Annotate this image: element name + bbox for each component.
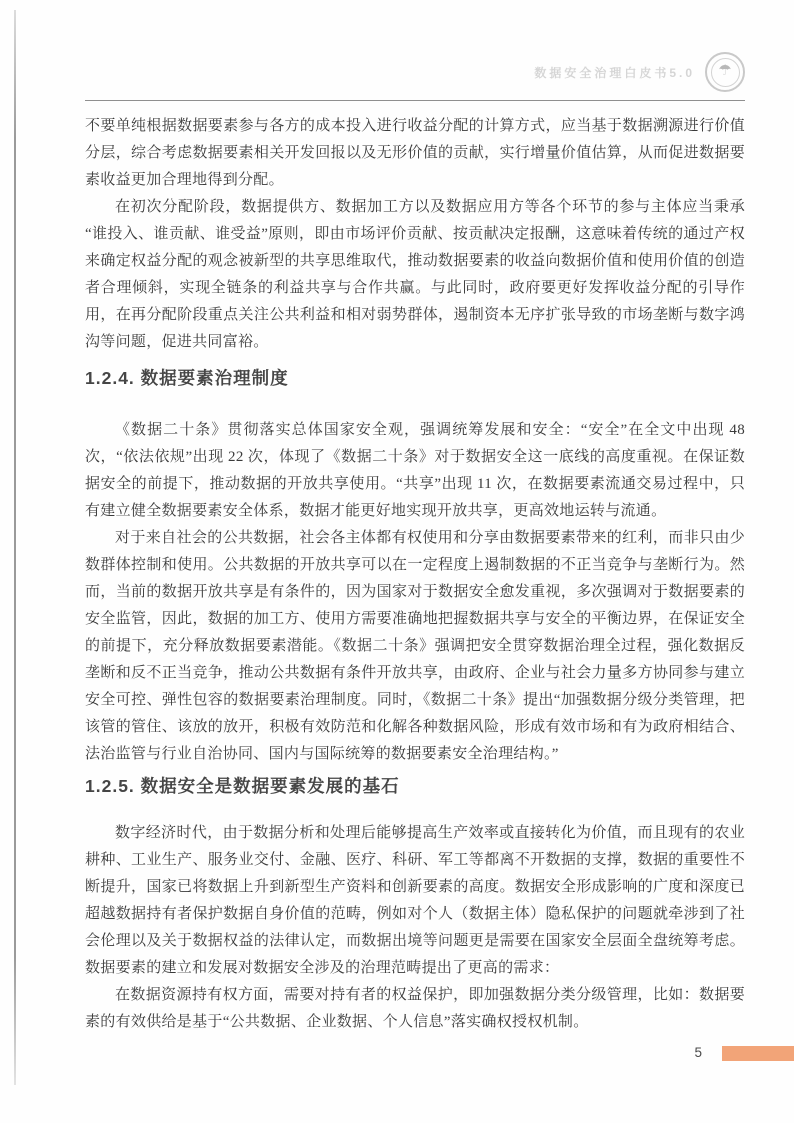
section-heading-1-2-4: 1.2.4. 数据要素治理制度 [85, 365, 745, 390]
intro-paragraph-continued: 不要单纯根据数据要素参与各方的成本投入进行收益分配的计算方式，应当基于数据溯源进… [85, 113, 745, 194]
section-2-paragraph-1: 数字经济时代，由于数据分析和处理后能够提高生产效率或直接转化为价值，而且现有的农… [85, 820, 745, 982]
document-page: 数据安全治理白皮书5.0 ☂ 不要单纯根据数据要素参与各方的成本投入进行收益分配… [0, 0, 794, 1123]
document-body: 不要单纯根据数据要素参与各方的成本投入进行收益分配的计算方式，应当基于数据溯源进… [85, 101, 745, 1036]
page-header: 数据安全治理白皮书5.0 ☂ [85, 0, 745, 101]
section-1-paragraph-2: 对于来自社会的公共数据，社会各主体都有权使用和分享由数据要素带来的红利，而非只由… [85, 525, 745, 768]
umbrella-icon: ☂ [718, 64, 731, 79]
section-1-paragraph-1: 《数据二十条》贯彻落实总体国家安全观，强调统筹发展和安全：“安全”在全文中出现 … [85, 417, 745, 525]
header-right-group: 数据安全治理白皮书5.0 ☂ [534, 52, 745, 92]
seal-inner-ring: ☂ [711, 58, 740, 87]
section-heading-1-2-5: 1.2.5. 数据安全是数据要素发展的基石 [85, 773, 745, 798]
page-binding-line [14, 10, 16, 1085]
section-2-paragraph-2: 在数据资源持有权方面，需要对持有者的权益保护，即加强数据分类分级管理，比如：数据… [85, 982, 745, 1036]
umbrella-seal-icon: ☂ [705, 52, 745, 92]
intro-paragraph: 在初次分配阶段，数据提供方、数据加工方以及数据应用方等各个环节的参与主体应当秉承… [85, 194, 745, 356]
page-number: 5 [694, 1045, 702, 1060]
footer-accent-bar [722, 1046, 794, 1061]
page-footer: 5 [0, 1045, 794, 1061]
header-title: 数据安全治理白皮书5.0 [534, 64, 695, 81]
